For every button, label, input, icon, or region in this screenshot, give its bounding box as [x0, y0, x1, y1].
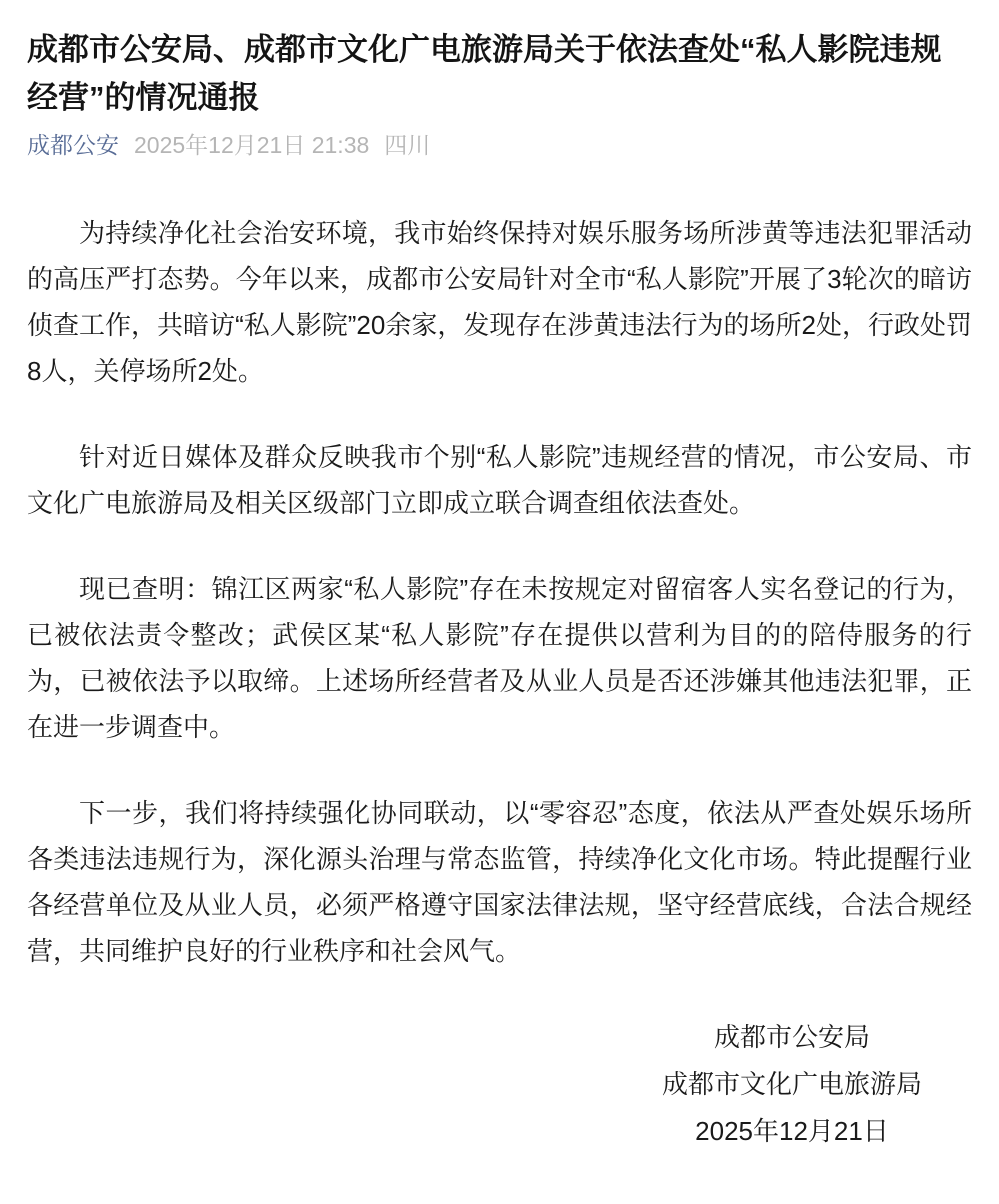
body-paragraph: 现已查明：锦江区两家“私人影院”存在未按规定对留宿客人实名登记的行为，已被依法责… [27, 566, 972, 750]
signature-line-date: 2025年12月21日 [612, 1108, 972, 1155]
body-paragraph: 为持续净化社会治安环境，我市始终保持对娱乐服务场所涉黄等违法犯罪活动的高压严打态… [27, 210, 972, 394]
publish-datetime: 2025年12月21日 21:38 [134, 130, 369, 160]
signature-line-agency-2: 成都市文化广电旅游局 [612, 1061, 972, 1108]
account-name-link[interactable]: 成都公安 [27, 130, 119, 160]
page-title: 成都市公安局、成都市文化广电旅游局关于依法查处“私人影院违规经营”的情况通报 [27, 26, 972, 122]
publish-region: 四川 [384, 130, 430, 160]
article-meta: 成都公安 2025年12月21日 21:38 四川 [27, 130, 972, 160]
signature-line-agency-1: 成都市公安局 [612, 1014, 972, 1061]
signature-block: 成都市公安局 成都市文化广电旅游局 2025年12月21日 [612, 1014, 972, 1155]
body-paragraph: 针对近日媒体及群众反映我市个别“私人影院”违规经营的情况，市公安局、市文化广电旅… [27, 434, 972, 526]
article-body: 为持续净化社会治安环境，我市始终保持对娱乐服务场所涉黄等违法犯罪活动的高压严打态… [27, 210, 972, 974]
body-paragraph: 下一步，我们将持续强化协同联动，以“零容忍”态度，依法从严查处娱乐场所各类违法违… [27, 790, 972, 974]
article-page: 成都市公安局、成都市文化广电旅游局关于依法查处“私人影院违规经营”的情况通报 成… [0, 0, 999, 1175]
